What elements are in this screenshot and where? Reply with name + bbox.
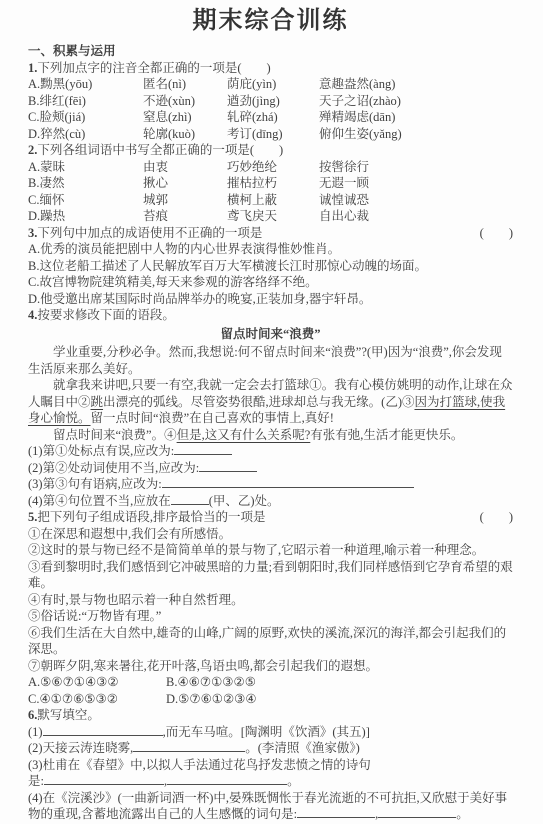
q4-sub-3-blank xyxy=(162,476,414,488)
p2-segment: 出漂亮的弧线。尽管姿势很酷,进球却总与我无缘。(乙)③ xyxy=(103,395,414,409)
q5-sentence-2: ②这时的景与物已经不是简简单单的景与物了,它昭示着一种道理,喻示着一种理念。 xyxy=(28,542,513,559)
q1-cell: C.脸颊(jiá) xyxy=(28,109,143,126)
q6-item-2-post: 。(李清照《渔家傲》) xyxy=(245,741,360,755)
q5-option-c: C.④①⑦⑥⑤③② xyxy=(28,691,166,708)
q3-option-a: A.优秀的演员能把剧中人物的内心世界表演得惟妙惟肖。 xyxy=(28,241,513,258)
q6-item-1-blank xyxy=(43,724,163,736)
q5-sentence-5: ⑤俗话说:“万物皆有理。” xyxy=(28,608,513,625)
q6-item-4-end: 。 xyxy=(456,807,469,821)
p2-segment: 留一点时间“浪费”在自己喜欢的事情上,真好! xyxy=(91,411,334,425)
q5-answer-bracket: ( ) xyxy=(480,509,513,526)
q6-stem: 6.默写填空。 xyxy=(28,707,513,724)
q6-item-2: (2)天接云涛连晓雾,。(李清照《渔家傲》) xyxy=(28,740,513,757)
q3-answer-bracket: ( ) xyxy=(480,225,513,242)
q2-cell: D.躁热 xyxy=(28,208,143,225)
q4-sub-1-text: (1)第①处标点有误,应改为: xyxy=(28,444,174,458)
q1-row-a: A.黝黑(yōu)匿名(nì)荫庇(yìn)意趣盎然(àng) xyxy=(28,76,513,93)
p3-segment: 有张有弛,生活才能更快乐。 xyxy=(310,428,463,442)
q6-item-1-pre: (1) xyxy=(28,725,43,739)
q4-sub-3-text: (3)第③句有语病,应改为: xyxy=(28,477,162,491)
q5-stem: 5.把下列句子组成语段,排序最恰当的一项是 ( ) xyxy=(28,509,513,526)
q4-number: 4. xyxy=(28,308,37,322)
q5-text: 把下列句子组成语段,排序最恰当的一项是 xyxy=(37,510,265,524)
q1-cell: 荫庇(yìn) xyxy=(227,76,319,93)
q1-number: 1. xyxy=(28,61,37,75)
q4-passage-paragraph-2: 就拿我来讲吧,只要一有空,我就一定会去打篮球①。我有心模仿姚明的动作,让球在众人… xyxy=(28,377,513,427)
q5-option-a: A.⑤⑥⑦①④③② xyxy=(28,674,166,691)
q4-sub-2-text: (2)第②处动词使用不当,应改为: xyxy=(28,461,199,475)
q6-stem-text: 默写填空。 xyxy=(37,708,100,722)
q4-sub-4: (4)第④句位置不当,应放在(甲、乙)处。 xyxy=(28,493,513,510)
q3-option-b: B.这位老船工描述了人民解放军百万大军横渡长江时那惊心动魄的场面。 xyxy=(28,258,513,275)
q2-cell: A.蒙昧 xyxy=(28,159,143,176)
q3-stem-text: 3.下列句中加点的成语使用不正确的一项是 xyxy=(28,225,262,242)
q5-sentence-1: ①在深思和遐想中,我们会有所感悟。 xyxy=(28,526,513,543)
q2-cell: 无遐一顾 xyxy=(319,175,513,192)
q3-option-d: D.他受邀出席某国际时尚品牌举办的晚宴,正装加身,器宇轩昂。 xyxy=(28,291,513,308)
q1-cell: D.猝然(cù) xyxy=(28,126,143,143)
q6-item-3-blank-2 xyxy=(167,773,287,785)
q6-item-1-post: ,而无车马喧。[陶渊明《饮酒》(其五)] xyxy=(163,725,370,739)
q2-row-b: B.凄然揪心摧枯拉朽无遐一顾 xyxy=(28,175,513,192)
q2-cell: 横柯上蔽 xyxy=(227,192,319,209)
q4-sub-1: (1)第①处标点有误,应改为: xyxy=(28,443,513,460)
q5-options-row-2: C.④①⑦⑥⑤③②D.⑤⑦⑥①②③④ xyxy=(28,691,513,708)
q1-cell: A.黝黑(yōu) xyxy=(28,76,143,93)
q4-sub-3: (3)第③句有语病,应改为: xyxy=(28,476,513,493)
q6-item-4-blank-1 xyxy=(297,806,375,818)
q1-stem: 1.下列加点字的注音全都正确的一项是( ) xyxy=(28,60,513,77)
page-title: 期末综合训练 xyxy=(28,6,513,36)
q5-stem-text: 5.把下列句子组成语段,排序最恰当的一项是 xyxy=(28,509,266,526)
q1-cell: 窒息(zhì) xyxy=(143,109,227,126)
q1-row-c: C.脸颊(jiá)窒息(zhì)轧碎(zhá)殚精竭虑(dān) xyxy=(28,109,513,126)
q4-passage-title: 留点时间来“浪费” xyxy=(28,326,513,343)
q1-cell: 意趣盎然(àng) xyxy=(319,76,513,93)
q1-cell: 天子之诏(zhào) xyxy=(319,93,513,110)
q2-stem-text: 下列各组词语中书写全都正确的一项是( ) xyxy=(37,143,283,157)
q1-cell: 匿名(nì) xyxy=(143,76,227,93)
q1-cell: 遒劲(jìng) xyxy=(227,93,319,110)
q5-sentence-7: ⑦朝晖夕阴,寒来暑往,花开叶落,鸟语虫鸣,都会引起我们的遐想。 xyxy=(28,658,513,675)
q6-number: 6. xyxy=(28,708,37,722)
q2-cell: 苔痕 xyxy=(143,208,227,225)
q4-sub-1-blank xyxy=(174,443,232,455)
q6-item-2-blank xyxy=(133,740,245,752)
q6-item-3-end: 。 xyxy=(287,774,300,788)
q5-sentence-4: ④有时,景与物也昭示着一种自然哲理。 xyxy=(28,592,513,609)
q1-row-d: D.猝然(cù)轮廓(kuò)考订(dīng)俯仰生姿(yǎng) xyxy=(28,126,513,143)
q2-cell: 由衷 xyxy=(143,159,227,176)
q6-item-3-pre: 是: xyxy=(28,774,44,788)
q2-cell: 按辔徐行 xyxy=(319,159,513,176)
q5-sentence-6: ⑥我们生活在大自然中,雄奇的山峰,广阔的原野,欢快的溪流,深沉的海洋,都会引起我… xyxy=(28,625,513,658)
exam-page: 期末综合训练 一、积累与运用 1.下列加点字的注音全都正确的一项是( ) A.黝… xyxy=(0,0,543,823)
q2-cell: 诚惶诚恐 xyxy=(319,192,513,209)
p2-underlined-verb: 跳 xyxy=(91,395,104,409)
q6-item-4: (4)在《浣溪沙》(一曲新词酒一杯)中,晏殊既惆怅于春光流逝的不可抗拒,又欣慰于… xyxy=(28,790,513,823)
q6-item-3-blank-1 xyxy=(44,773,164,785)
q5-options-row-1: A.⑤⑥⑦①④③②B.④⑥⑦①③②⑤ xyxy=(28,674,513,691)
q2-cell: 城郭 xyxy=(143,192,227,209)
p3-segment: 留点时间来“浪费”。④ xyxy=(53,428,177,442)
q6-item-3-line-1: (3)杜甫在《春望》中,以拟人手法通过花鸟抒发悲愤之情的诗句 xyxy=(28,757,513,774)
q4-stem: 4.按要求修改下面的语段。 xyxy=(28,307,513,324)
q4-sub-2: (2)第②处动词使用不当,应改为: xyxy=(28,460,513,477)
q1-cell: 考订(dīng) xyxy=(227,126,319,143)
q5-option-b: B.④⑥⑦①③②⑤ xyxy=(166,674,513,691)
q4-sub-4-blank xyxy=(171,493,209,505)
q3-option-c: C.故宫博物院建筑精美,每天来参观的游客络绎不绝。 xyxy=(28,274,513,291)
q2-stem: 2.下列各组词语中书写全都正确的一项是( ) xyxy=(28,142,513,159)
q2-number: 2. xyxy=(28,143,37,157)
q2-cell: 摧枯拉朽 xyxy=(227,175,319,192)
q1-cell: 俯仰生姿(yǎng) xyxy=(319,126,513,143)
q5-number: 5. xyxy=(28,510,37,524)
q3-text: 下列句中加点的成语使用不正确的一项是 xyxy=(37,226,262,240)
q4-sub-4-post: (甲、乙)处。 xyxy=(209,494,280,508)
q2-cell: 揪心 xyxy=(143,175,227,192)
q1-cell: 不逊(xùn) xyxy=(143,93,227,110)
q2-cell: B.凄然 xyxy=(28,175,143,192)
q6-item-4-blank-2 xyxy=(378,806,456,818)
q2-cell: C.缅怀 xyxy=(28,192,143,209)
q1-stem-text: 下列加点字的注音全都正确的一项是( ) xyxy=(37,61,270,75)
q6-item-3-line-2: 是:,。 xyxy=(28,773,513,790)
q1-cell: B.绯红(fēi) xyxy=(28,93,143,110)
q2-cell: 自出心裁 xyxy=(319,208,513,225)
q5-sentence-3: ③看到黎明时,我们感悟到它冲破黑暗的力量;看到朝阳时,我们同样感悟到它孕育希望的… xyxy=(28,559,513,592)
q4-passage-paragraph-3: 留点时间来“浪费”。④但是,这又有什么关系呢?有张有弛,生活才能更快乐。 xyxy=(28,427,513,444)
q2-row-a: A.蒙昧由衷巧妙绝纶按辔徐行 xyxy=(28,159,513,176)
q1-cell: 殚精竭虑(dān) xyxy=(319,109,513,126)
q6-item-1: (1),而无车马喧。[陶渊明《饮酒》(其五)] xyxy=(28,724,513,741)
q2-row-d: D.躁热苔痕鸢飞戾天自出心裁 xyxy=(28,208,513,225)
q3-number: 3. xyxy=(28,226,37,240)
q4-stem-text: 按要求修改下面的语段。 xyxy=(37,308,175,322)
q4-sub-4-pre: (4)第④句位置不当,应放在 xyxy=(28,494,171,508)
q1-cell: 轧碎(zhá) xyxy=(227,109,319,126)
q4-passage-paragraph-1: 学业重要,分秒必争。然而,我想说:何不留点时间来“浪费”?(甲)因为“浪费”,你… xyxy=(28,344,513,377)
section-heading: 一、积累与运用 xyxy=(28,43,513,60)
q5-option-d: D.⑤⑦⑥①②③④ xyxy=(166,691,513,708)
q6-item-2-pre: (2)天接云涛连晓雾, xyxy=(28,741,133,755)
q2-cell: 鸢飞戾天 xyxy=(227,208,319,225)
q1-cell: 轮廓(kuò) xyxy=(143,126,227,143)
q2-row-c: C.缅怀城郭横柯上蔽诚惶诚恐 xyxy=(28,192,513,209)
q3-stem: 3.下列句中加点的成语使用不正确的一项是 ( ) xyxy=(28,225,513,242)
q4-sub-2-blank xyxy=(199,460,257,472)
p3-underlined-sentence: 但是,这又有什么关系呢? xyxy=(177,428,311,442)
q1-row-b: B.绯红(fēi)不逊(xùn)遒劲(jìng)天子之诏(zhào) xyxy=(28,93,513,110)
q2-cell: 巧妙绝纶 xyxy=(227,159,319,176)
